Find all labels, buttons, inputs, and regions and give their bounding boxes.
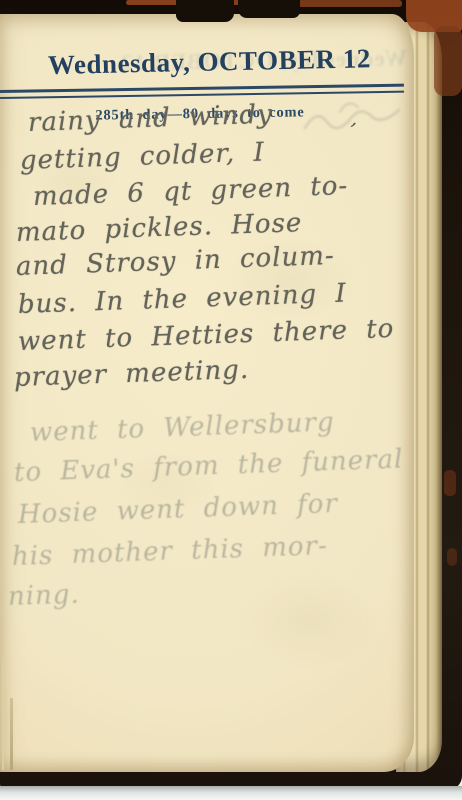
rust-wear-patch xyxy=(447,548,457,566)
page-title: Wednesday, OCTOBER 12 xyxy=(48,43,371,81)
entry-line: went to Hetties there to xyxy=(17,314,394,357)
scanner-background xyxy=(0,786,462,800)
entry-line: getting colder, I xyxy=(19,137,265,176)
underlying-page-edge xyxy=(2,658,4,770)
diary-scan: Wednesday, OCTOBER 12 Wednesday, OCTOBER… xyxy=(0,0,462,800)
underlying-page-edge xyxy=(10,698,13,770)
cover-edge-bump xyxy=(238,0,300,18)
entry-line: and Strosy in colum- xyxy=(15,241,335,282)
entry-line: prayer meeting. xyxy=(13,355,249,393)
rust-wear-corner xyxy=(434,26,462,96)
bleedthrough-line: Hosie went down for xyxy=(17,489,338,530)
bleedthrough-squiggle xyxy=(300,90,420,140)
bleedthrough-line: to Eva's from the funeral xyxy=(13,444,403,488)
entry-line: bus. In the evening I xyxy=(17,279,347,320)
bleedthrough-line: his mother this mor- xyxy=(11,531,328,572)
entry-line: made 6 qt green to- xyxy=(32,171,348,212)
rust-wear-patch xyxy=(298,0,402,7)
cover-edge-bump xyxy=(176,0,234,22)
diary-page: Wednesday, OCTOBER 12 Wednesday, OCTOBER… xyxy=(0,14,414,772)
entry-line: rainy and windy xyxy=(27,99,273,138)
rust-wear-patch xyxy=(444,470,456,496)
bleedthrough-line: ning. xyxy=(7,580,80,612)
entry-line: mato pickles. Hose xyxy=(15,208,302,248)
bleedthrough-line: went to Wellersburg xyxy=(29,407,335,448)
